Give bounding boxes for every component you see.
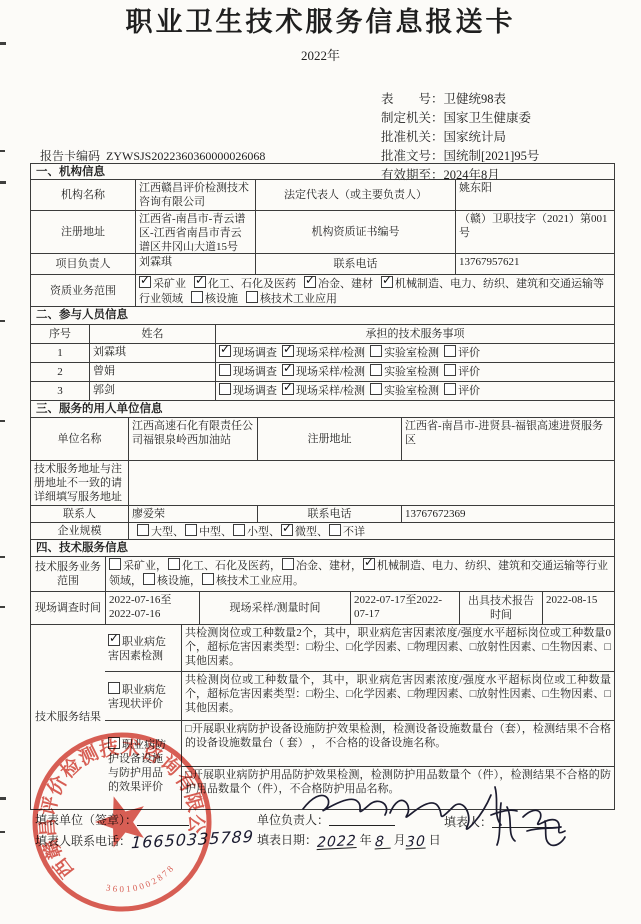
checked-checkbox-icon [281,524,293,536]
scan-artifact [0,181,6,184]
unchecked-checkbox-icon [202,573,214,585]
checkbox-item: 核设施， [143,575,201,587]
unchecked-checkbox-icon [233,524,245,536]
unchecked-checkbox-icon [444,364,456,376]
unchecked-checkbox-icon [370,345,382,357]
checkbox-item: 实验室检测 [370,385,439,397]
checkbox-label: 微型、 [295,526,328,538]
unchecked-checkbox-icon [143,573,155,585]
checkbox-label: 现场采样/检测 [296,347,365,359]
unchecked-checkbox-icon [444,345,456,357]
employer-contact-row: 联系人 廖爱荣 联系电话 13767672369 [31,505,614,522]
section2-heading: 二、参与人员信息 [31,307,614,324]
enterprise-scale-row: 企业规模 大型、中型、小型、微型、不详 [31,522,614,539]
employer-phone-value: 13767672369 [401,506,614,522]
employer-contact-value: 廖爱荣 [128,506,257,522]
unit-head-line: 单位负责人： [257,812,395,827]
survey-time-value: 2022-07-16至2022-07-16 [105,592,199,624]
col-header-name: 姓名 [89,325,215,343]
checked-checkbox-icon [381,276,393,288]
qualification-scope-checklist: 采矿业化工、石化及医药冶金、建材机械制造、电力、纺织、建筑和交通运输等行业领域核… [135,275,614,306]
scan-artifact [0,797,6,800]
checked-checkbox-icon [282,364,294,376]
col-header-no: 序号 [31,325,89,343]
checked-checkbox-icon [139,276,151,288]
checkbox-label: 现场调查 [233,385,277,397]
checkbox-item: 不详 [329,526,365,538]
unit-head-label: 单位负责人： [257,813,329,827]
unchecked-checkbox-icon [219,364,231,376]
checkbox-item: 实验室检测 [370,347,439,359]
checkbox-item: 现场调查 [219,385,277,397]
checkbox-label: 采矿业， [123,560,167,572]
service-address-row: 技术服务地址与注册地址不一致的请详细填写服务地址 [31,460,614,505]
checkbox-label: 评价 [458,366,480,378]
seal-star-icon [89,788,153,850]
col-header-services: 承担的技术服务事项 [215,325,614,343]
checkbox-item: 现场采样/检测 [282,385,365,397]
checkbox-label: 现场调查 [233,347,277,359]
unchecked-checkbox-icon [137,524,149,536]
checkbox-item: 评价 [444,366,480,378]
result-row-status-eval: 职业病危害现状评价 共检测岗位或工种数量个，其中，职业病危害因素浓度/强度水平超… [105,671,614,720]
checkbox-label: 核技术工业应用 [260,293,337,305]
sampling-time-label: 现场采样/测量时间 [199,592,350,624]
unchecked-checkbox-icon [168,558,180,570]
report-year: 2022年 [0,49,641,63]
org-reg-address-label: 注册地址 [31,211,135,253]
company-seal-stamp: 江西赣昌评价检测技术咨询有限公司 36010002878 [26,726,218,924]
person-name: 曾娟 [89,363,215,381]
checkbox-item: 小型、 [233,526,280,538]
checkbox-label: 评价 [458,385,480,397]
person-row-2: 2 曾娟 现场调查现场采样/检测实验室检测评价 [31,362,614,381]
meta-form-number: 表 号：卫健统98表 [381,90,539,109]
person-services-checklist: 现场调查现场采样/检测实验室检测评价 [215,363,614,381]
cert-no-value: （赣）卫职技字（2021）第001号 [455,211,614,253]
legal-rep-value: 姚东阳 [455,180,614,210]
org-phone-value: 13767957621 [455,254,614,274]
result-detection-text: 共检测岗位或工种数量2个，其中，职业病危害因素浓度/强度水平超标岗位或工种数量0… [181,625,614,671]
person-services-checklist: 现场调查现场采样/检测实验室检测评价 [215,382,614,400]
checkbox-item: 微型、 [281,526,328,538]
service-address-value [128,461,614,505]
checkbox-label: 不详 [343,526,365,538]
checkbox-label: 采矿业 [153,278,186,290]
checked-checkbox-icon [363,558,375,570]
org-reg-address-value: 江西省-南昌市-青云谱区-江西省南昌市青云谱区井冈山大道15号 [135,211,255,253]
employer-name-row: 单位名称 江西高速石化有限责任公司福银泉岭西加油站 注册地址 江西省-南昌市-进… [31,417,614,460]
checkbox-label: 大型、 [151,526,184,538]
unchecked-checkbox-icon [246,291,258,303]
org-name-value: 江西赣昌评价检测技术咨询有限公司 [135,180,255,210]
checkbox-item: 化工、石化及医药， [168,560,281,572]
checkbox-item: 中型、 [185,526,232,538]
scan-artifact [0,42,6,45]
person-name: 郭剑 [89,382,215,400]
section1-heading: 一、机构信息 [31,164,614,179]
meta-approval-agency: 批准机关：国家统计局 [381,128,539,147]
checkbox-item: 核技术工业应用。 [202,575,304,587]
checkbox-label: 冶金、建材 [318,278,373,290]
enterprise-scale-checklist: 大型、中型、小型、微型、不详 [128,523,614,539]
result-row-detection: 职业病危害因素检测 共检测岗位或工种数量2个，其中，职业病危害因素浓度/强度水平… [105,625,614,671]
checkbox-item: 职业病危害因素检测 [108,634,170,663]
employer-phone-label: 联系电话 [257,506,401,522]
unchecked-checkbox-icon [108,682,120,694]
date-day-handwritten: 30 [405,834,426,849]
checkbox-label: 实验室检测 [384,385,439,397]
checkbox-label: 实验室检测 [384,366,439,378]
checkbox-label: 现场采样/检测 [296,385,365,397]
checked-checkbox-icon [108,634,120,646]
service-times-row: 现场调查时间 2022-07-16至2022-07-16 现场采样/测量时间 2… [31,591,614,624]
org-address-row: 注册地址 江西省-南昌市-青云谱区-江西省南昌市青云谱区井冈山大道15号 机构资… [31,210,614,253]
checkbox-label: 实验室检测 [384,347,439,359]
legal-rep-label: 法定代表人（或主要负责人） [255,180,455,210]
report-form-table: 一、机构信息 机构名称 江西赣昌评价检测技术咨询有限公司 法定代表人（或主要负责… [30,163,615,810]
result-detection-checklist: 职业病危害因素检测 [105,625,181,671]
org-phone-label: 联系电话 [255,254,455,274]
checkbox-item: 冶金、建材 [304,278,373,290]
date-year-handwritten: 2022 [317,834,357,850]
scan-artifact [0,420,5,422]
fill-date-line: 填表日期：2022 年 8 月30 日 [257,833,441,849]
employer-name-value: 江西高速石化有限责任公司福银泉岭西加油站 [128,418,257,460]
scan-artifact [0,831,5,833]
service-scope-row: 技术服务业务范围 采矿业，化工、石化及医药，冶金、建材，机械制造、电力、纺织、建… [31,556,614,591]
service-scope-checklist: 采矿业，化工、石化及医药，冶金、建材，机械制造、电力、纺织、建筑和交通运输等行业… [105,557,614,591]
cert-no-label: 机构资质证书编号 [255,211,455,253]
section4-heading-row: 四、技术服务信息 [31,539,614,556]
checked-checkbox-icon [304,276,316,288]
checkbox-label: 核技术工业应用。 [216,575,304,587]
scan-artifact [0,150,5,152]
service-scope-label: 技术服务业务范围 [31,557,105,591]
date-month-handwritten: 8 [374,835,391,850]
unit-head-blank [329,812,395,826]
checkbox-label: 核设施 [205,293,238,305]
result-ppe-text: □开展职业病防护用品防护效果检测，检测防护用品数量个（件），检测结果不合格的防护… [181,766,614,809]
section4-heading: 四、技术服务信息 [31,540,614,556]
project-manager-row: 项目负责人 刘霖琪 联系电话 13767957621 [31,253,614,274]
unchecked-checkbox-icon [219,383,231,395]
checkbox-item: 化工、石化及医药 [194,278,296,290]
unchecked-checkbox-icon [185,524,197,536]
report-card-code: 报告卡编码ZYWSJS2022360360000026068 [40,149,265,163]
fill-person-blank [492,814,552,828]
checkbox-label: 核设施， [157,575,201,587]
person-row-3: 3 郭剑 现场调查现场采样/检测实验室检测评价 [31,381,614,400]
checked-checkbox-icon [282,345,294,357]
checkbox-item: 冶金、建材， [282,560,362,572]
project-manager-value: 刘霖琪 [135,254,255,274]
checkbox-label: 现场调查 [233,366,277,378]
checked-checkbox-icon [282,383,294,395]
person-services-checklist: 现场调查现场采样/检测实验室检测评价 [215,344,614,362]
person-name: 刘霖琪 [89,344,215,362]
scan-artifact [0,320,5,322]
meta-drafting-agency: 制定机关：国家卫生健康委 [381,109,539,128]
checkbox-label: 现场采样/检测 [296,366,365,378]
checked-checkbox-icon [194,276,206,288]
person-no: 2 [31,363,89,381]
sampling-time-value: 2022-07-17至2022-07-17 [350,592,459,624]
checkbox-item: 现场调查 [219,347,277,359]
checkbox-item: 核技术工业应用 [246,293,337,305]
qualification-scope-label: 资质业务范围 [31,275,135,306]
employer-reg-address-value: 江西省-南昌市-进贤县-福银高速进贤服务区 [401,418,614,460]
person-no: 1 [31,344,89,362]
person-row-1: 1 刘霖琪 现场调查现场采样/检测实验室检测评价 [31,343,614,362]
checkbox-label: 化工、石化及医药 [208,278,296,290]
persons-header-row: 序号 姓名 承担的技术服务事项 [31,324,614,343]
checkbox-item: 大型、 [137,526,184,538]
result-status-eval-checklist: 职业病危害现状评价 [105,672,181,720]
project-manager-label: 项目负责人 [31,254,135,274]
checkbox-label: 评价 [458,347,480,359]
unchecked-checkbox-icon [109,558,121,570]
checkbox-item: 核设施 [191,293,238,305]
scan-artifact [0,556,5,558]
checked-checkbox-icon [219,345,231,357]
checkbox-item: 职业病危害现状评价 [108,682,170,711]
unchecked-checkbox-icon [444,383,456,395]
section1-heading-row: 一、机构信息 [31,164,614,179]
fill-person-label: 填表人： [444,815,492,829]
checkbox-item: 现场调查 [219,366,277,378]
checkbox-label: 中型、 [199,526,232,538]
fill-date-label: 填表日期： [257,833,317,847]
unchecked-checkbox-icon [329,524,341,536]
employer-name-label: 单位名称 [31,418,128,460]
checkbox-item: 现场采样/检测 [282,366,365,378]
unchecked-checkbox-icon [370,383,382,395]
report-time-label: 出具技术报告时间 [459,592,542,624]
qualification-scope-row: 资质业务范围 采矿业化工、石化及医药冶金、建材机械制造、电力、纺织、建筑和交通运… [31,274,614,306]
result-status-eval-text: 共检测岗位或工种数量个，其中，职业病危害因素浓度/强度水平超标岗位或工种数量个，… [181,672,614,720]
person-no: 3 [31,382,89,400]
section2-heading-row: 二、参与人员信息 [31,306,614,324]
checkbox-item: 采矿业 [139,278,186,290]
section3-heading: 三、服务的用人单位信息 [31,401,614,417]
checkbox-item: 评价 [444,347,480,359]
checkbox-item: 实验室检测 [370,366,439,378]
org-name-row: 机构名称 江西赣昌评价检测技术咨询有限公司 法定代表人（或主要负责人） 姚东阳 [31,179,614,210]
unchecked-checkbox-icon [370,364,382,376]
survey-time-label: 现场调查时间 [31,592,105,624]
checkbox-item: 现场采样/检测 [282,347,365,359]
checkbox-label: 冶金、建材， [296,560,362,572]
enterprise-scale-label: 企业规模 [31,523,128,539]
service-address-label: 技术服务地址与注册地址不一致的请详细填写服务地址 [31,461,128,505]
org-name-label: 机构名称 [31,180,135,210]
checkbox-item: 采矿业， [109,560,167,572]
fill-person-line: 填表人： [444,814,552,829]
report-time-value: 2022-08-15 [542,592,614,624]
result-protection-eval-texts: □开展职业病防护设备设施防护效果检测，检测设备设施数量台（套），检测结果不合格的… [181,721,614,809]
employer-contact-label: 联系人 [31,506,128,522]
result-facility-text: □开展职业病防护设备设施防护效果检测，检测设备设施数量台（套），检测结果不合格的… [181,721,614,766]
scan-artifact [0,606,5,608]
employer-reg-address-label: 注册地址 [257,418,401,460]
checkbox-item: 评价 [444,385,480,397]
unchecked-checkbox-icon [191,291,203,303]
section3-heading-row: 三、服务的用人单位信息 [31,400,614,417]
checkbox-label: 小型、 [247,526,280,538]
page-title: 职业卫生技术服务信息报送卡 [0,6,641,38]
checkbox-label: 化工、石化及医药， [182,560,281,572]
report-card-page: 职业卫生技术服务信息报送卡 2022年 表 号：卫健统98表 制定机关：国家卫生… [0,0,641,924]
unchecked-checkbox-icon [282,558,294,570]
